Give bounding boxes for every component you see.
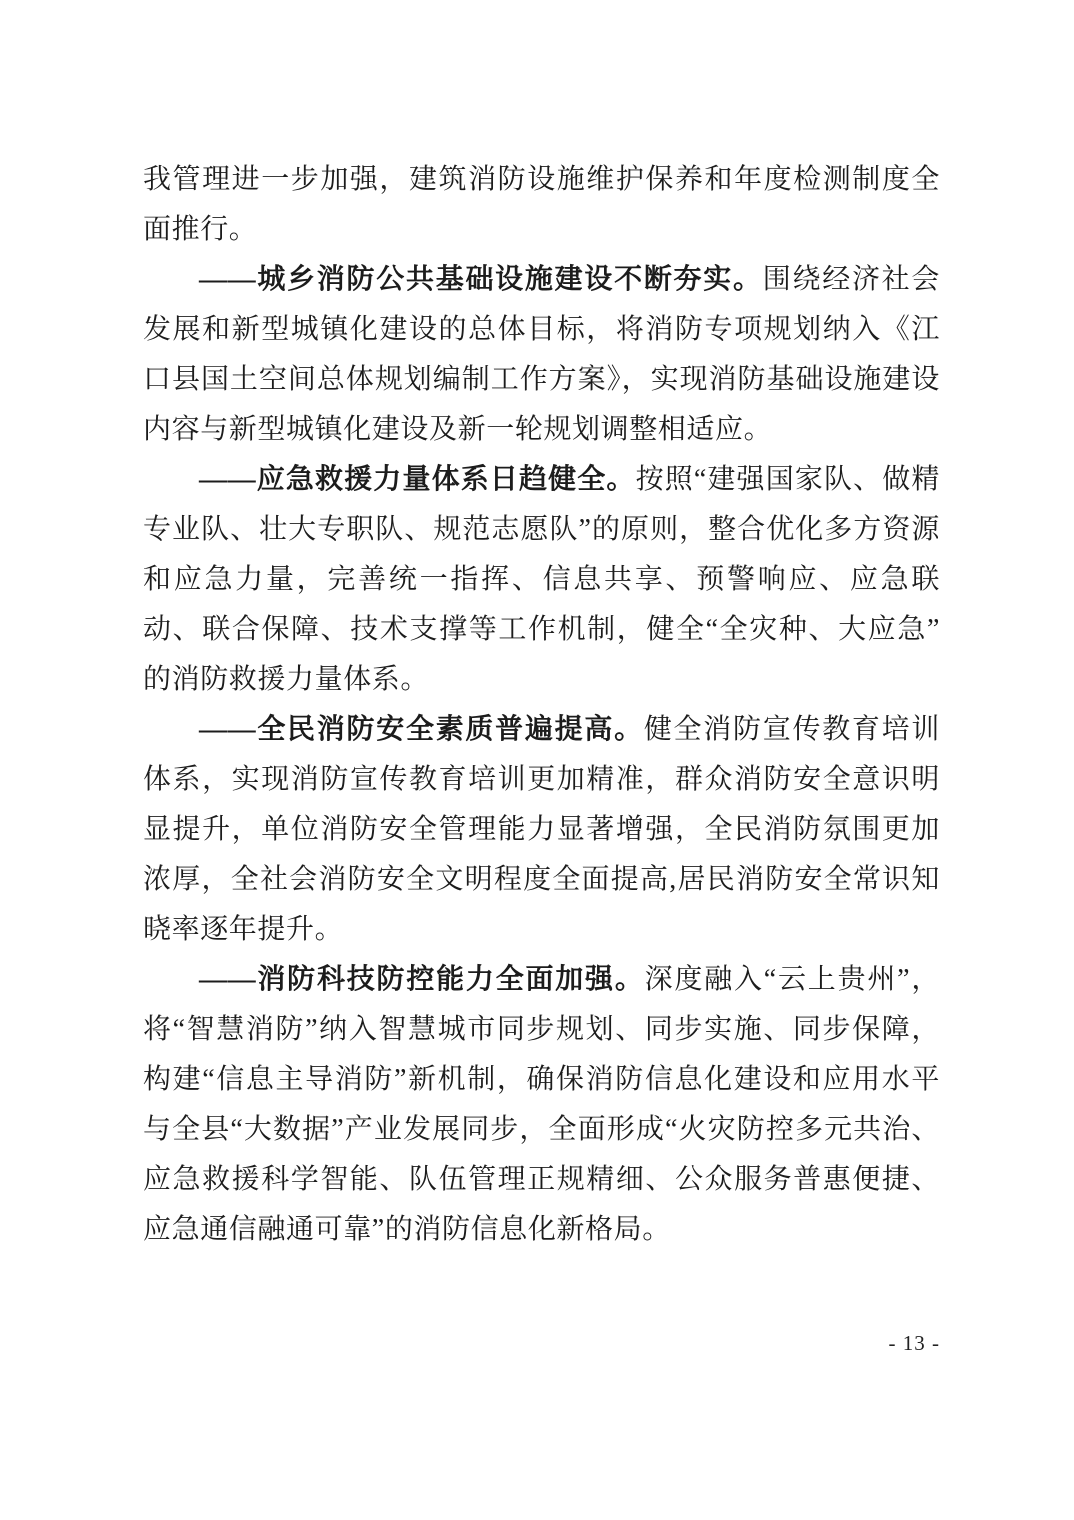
paragraph-continuation: 我管理进一步加强，建筑消防设施维护保养和年度检测制度全面推行。	[143, 155, 940, 255]
paragraph-heading: ——全民消防安全素质普遍提高。	[199, 714, 644, 745]
paragraph-heading: ——应急救援力量体系日趋健全。	[199, 464, 636, 495]
paragraph-urban-rural-infrastructure: ——城乡消防公共基础设施建设不断夯实。围绕经济社会发展和新型城镇化建设的总体目标…	[143, 255, 940, 455]
paragraph-text: 深度融入“云上贵州”，将“智慧消防”纳入智慧城市同步规划、同步实施、同步保障，构…	[143, 964, 940, 1245]
paragraph-fire-technology-prevention: ——消防科技防控能力全面加强。深度融入“云上贵州”，将“智慧消防”纳入智慧城市同…	[143, 955, 940, 1255]
paragraph-heading: ——消防科技防控能力全面加强。	[199, 964, 645, 995]
paragraph-text: 按照“建强国家队、做精专业队、壮大专职队、规范志愿队”的原则，整合优化多方资源和…	[143, 464, 940, 695]
document-page: 我管理进一步加强，建筑消防设施维护保养和年度检测制度全面推行。 ——城乡消防公共…	[0, 0, 1074, 1520]
paragraph-emergency-rescue-forces: ——应急救援力量体系日趋健全。按照“建强国家队、做精专业队、壮大专职队、规范志愿…	[143, 455, 940, 705]
paragraph-text: 健全消防宣传教育培训体系，实现消防宣传教育培训更加精准，群众消防安全意识明显提升…	[143, 714, 940, 945]
paragraph-heading: ——城乡消防公共基础设施建设不断夯实。	[199, 264, 763, 295]
paragraph-public-fire-safety-literacy: ——全民消防安全素质普遍提高。健全消防宣传教育培训体系，实现消防宣传教育培训更加…	[143, 705, 940, 955]
page-number: - 13 -	[889, 1330, 941, 1356]
document-body: 我管理进一步加强，建筑消防设施维护保养和年度检测制度全面推行。 ——城乡消防公共…	[143, 155, 940, 1255]
paragraph-text: 我管理进一步加强，建筑消防设施维护保养和年度检测制度全面推行。	[143, 164, 940, 245]
